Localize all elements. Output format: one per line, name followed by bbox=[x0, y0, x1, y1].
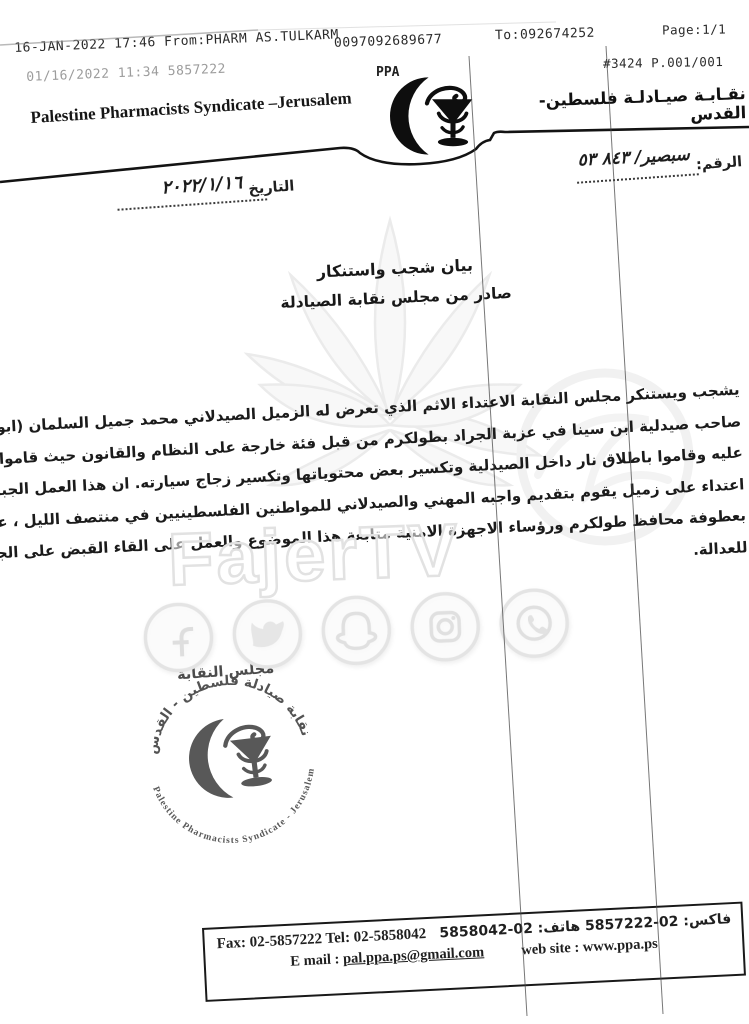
scanned-fax-document: 16-JAN-2022 17:46 From:PHARM AS.TULKARM … bbox=[0, 0, 749, 1024]
scan-fold-lines bbox=[0, 0, 749, 1024]
